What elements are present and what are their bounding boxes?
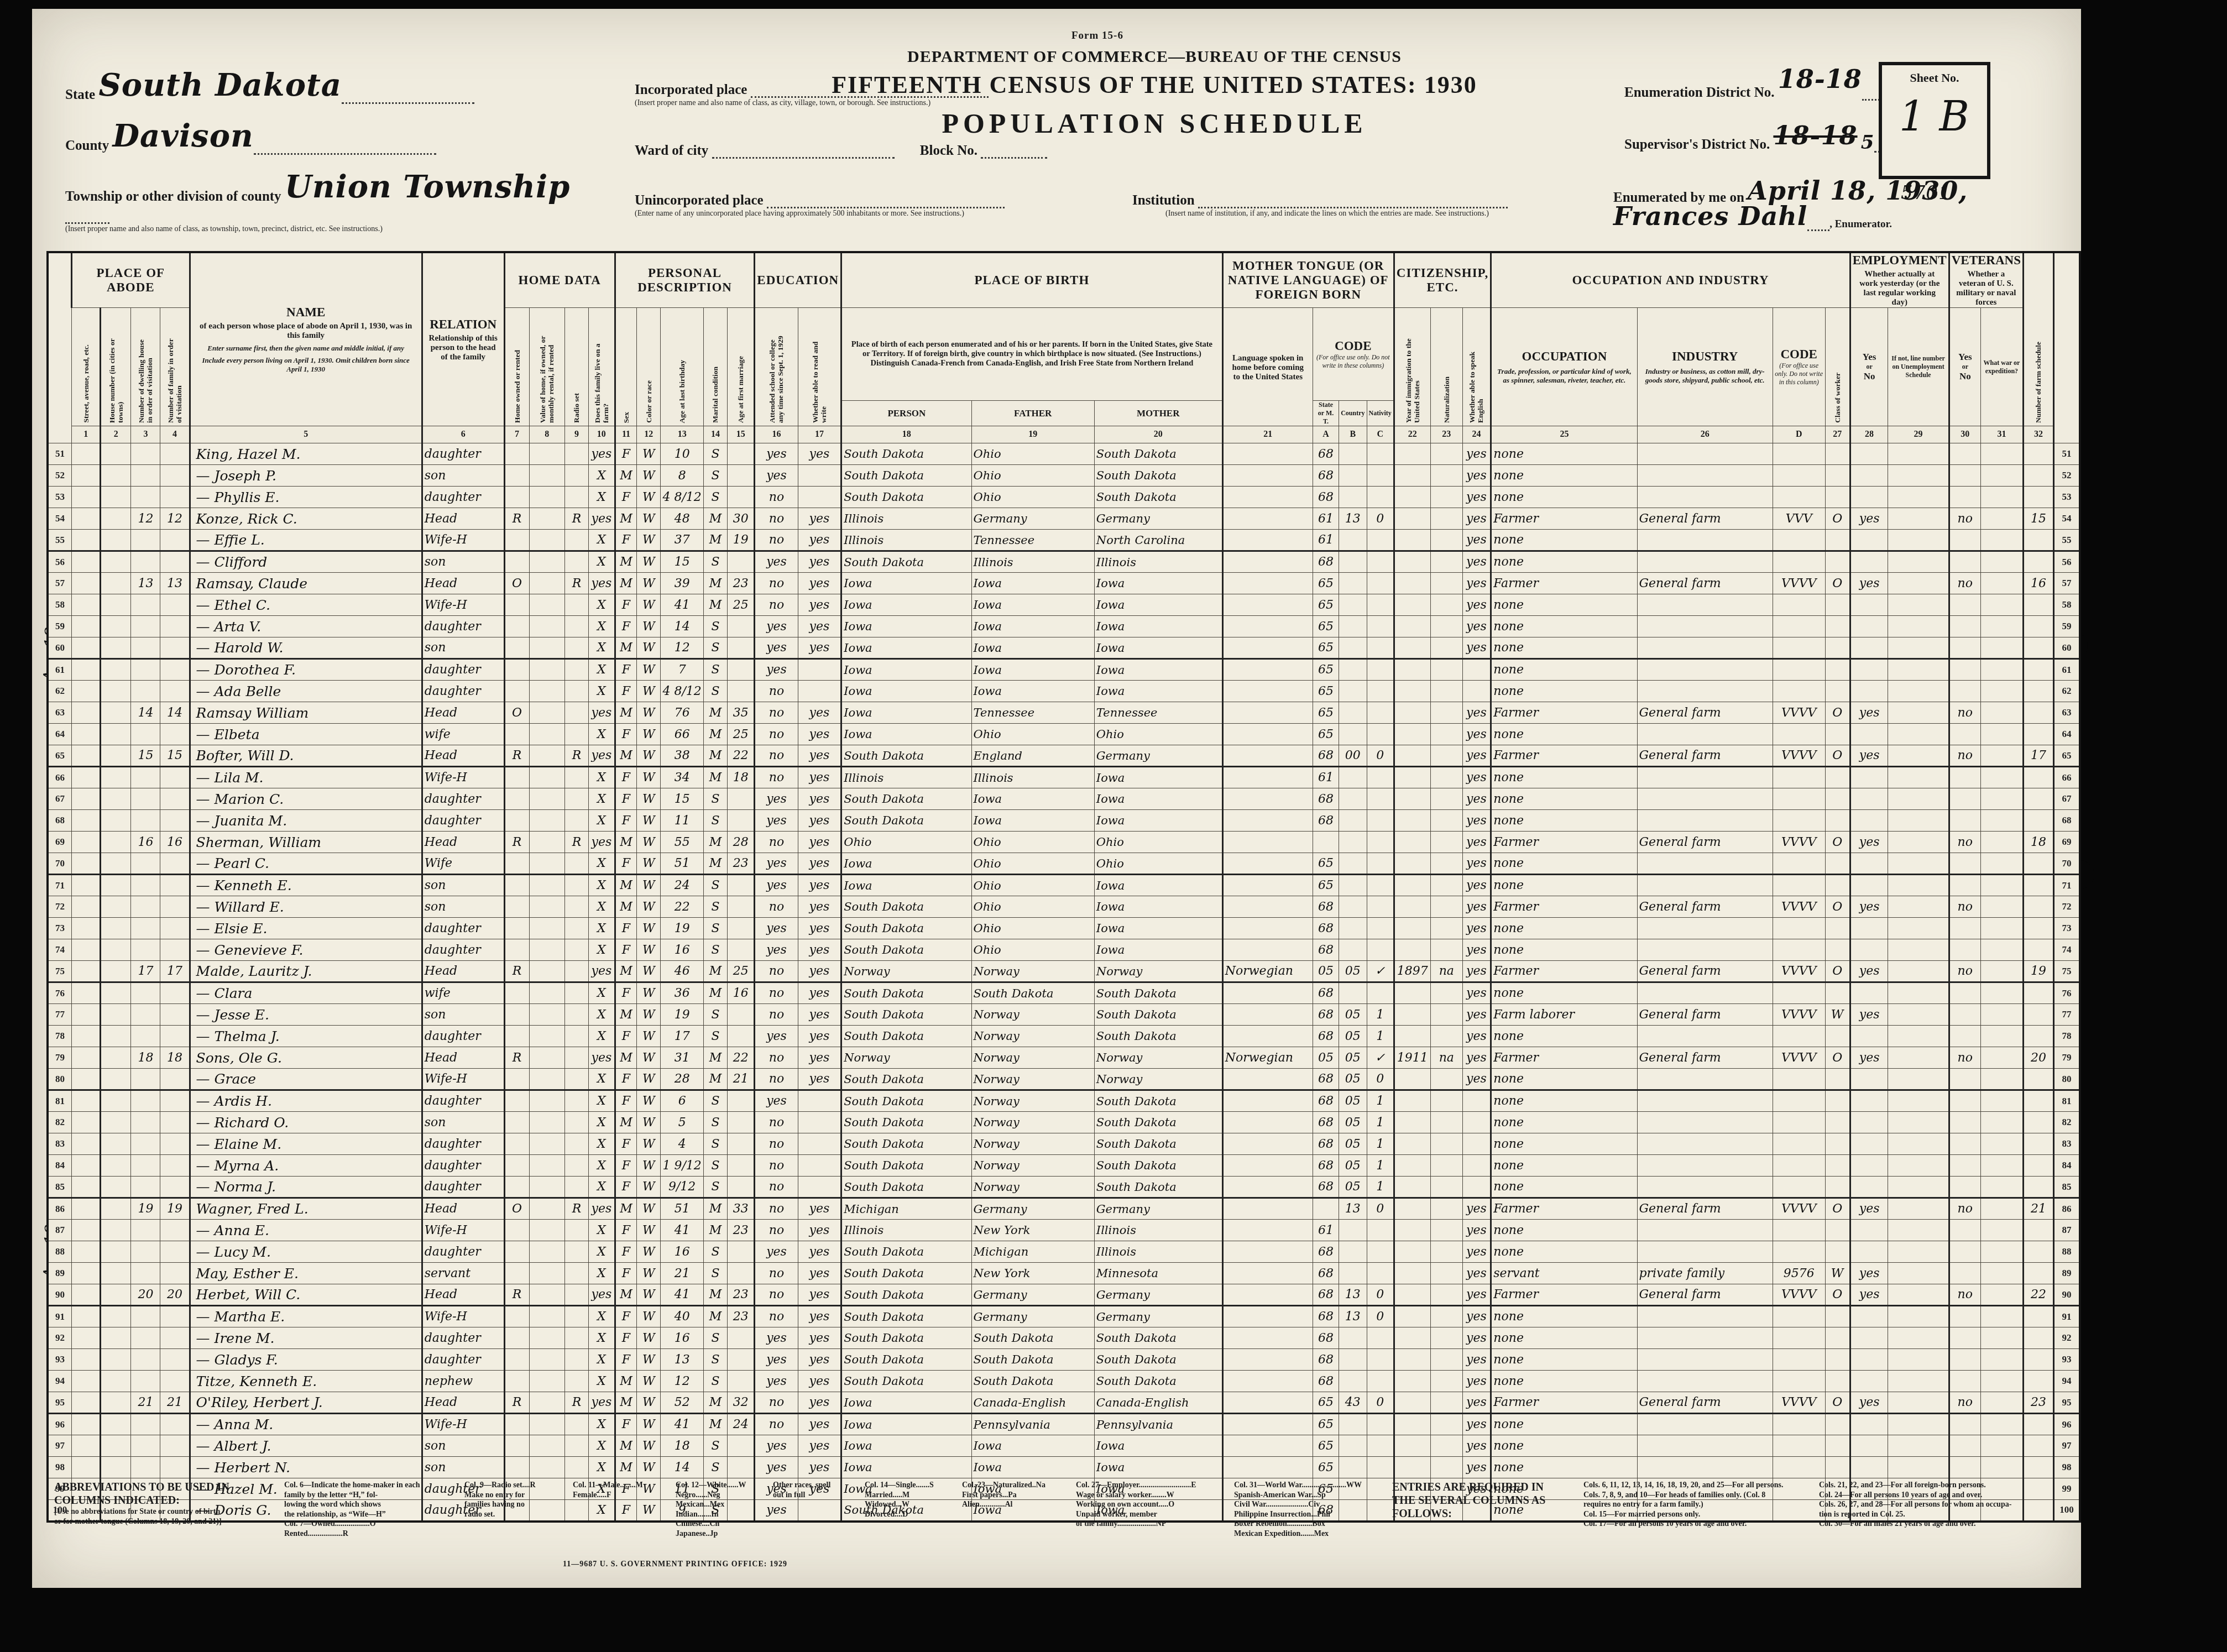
cell	[1222, 487, 1313, 508]
cell	[565, 1090, 589, 1112]
cell	[71, 465, 100, 487]
cell: Ramsay William	[190, 702, 422, 724]
cell	[1339, 616, 1367, 637]
cell: yes	[588, 702, 615, 724]
cell: M	[615, 745, 636, 767]
cell	[529, 1047, 564, 1069]
cell	[1825, 918, 1850, 939]
cell	[1773, 616, 1825, 637]
cell: 16	[728, 982, 755, 1004]
cell	[1825, 1090, 1850, 1112]
cell: Iowa	[841, 1457, 971, 1478]
cell: Head	[422, 1198, 504, 1220]
cell: son	[422, 1457, 504, 1478]
cell	[1850, 1177, 1888, 1198]
cell	[1980, 659, 2023, 681]
cell	[529, 1349, 564, 1371]
cell: yes	[1462, 1263, 1491, 1284]
cell: — Willard E.	[190, 896, 422, 918]
cell	[1430, 1371, 1462, 1392]
cell: South Dakota	[841, 443, 971, 465]
cell	[1637, 982, 1773, 1004]
cell	[529, 896, 564, 918]
cell	[1773, 594, 1825, 616]
cell: 65	[1313, 875, 1339, 896]
cell	[71, 1026, 100, 1047]
cell: Farmer	[1491, 832, 1637, 853]
cell	[798, 681, 841, 702]
cell: 58	[2053, 594, 2080, 616]
cell	[1773, 659, 1825, 681]
cell	[529, 745, 564, 767]
cell	[101, 1263, 131, 1284]
cell: no	[755, 1112, 798, 1133]
cell: — Martha E.	[190, 1306, 422, 1327]
cell: 0	[1367, 1284, 1394, 1306]
column-header	[2053, 252, 2080, 443]
cell	[1773, 1220, 1825, 1241]
column-header: VETERANSWhether a veteran of U. S. milit…	[1949, 252, 2023, 308]
cell	[728, 1133, 755, 1155]
cell: 68	[1313, 810, 1339, 832]
cell	[71, 702, 100, 724]
cell: South Dakota	[841, 745, 971, 767]
cell	[565, 637, 589, 659]
cell	[529, 465, 564, 487]
cell	[1980, 616, 2023, 637]
cell	[529, 1392, 564, 1414]
cell	[1367, 551, 1394, 573]
cell: New York	[971, 1220, 1094, 1241]
cell: 23	[728, 573, 755, 594]
cell: 05	[1339, 1069, 1367, 1090]
cell: X	[588, 1220, 615, 1241]
cell: Head	[422, 702, 504, 724]
cell	[565, 1112, 589, 1133]
cell	[71, 939, 100, 961]
cell	[2023, 875, 2053, 896]
cell	[728, 1371, 755, 1392]
cell	[1394, 832, 1430, 853]
cell	[160, 681, 190, 702]
column-header	[48, 252, 71, 443]
cell	[1949, 1220, 1980, 1241]
cell	[1949, 1241, 1980, 1263]
cell	[1773, 810, 1825, 832]
cell	[1222, 1414, 1313, 1435]
cell: yes	[1462, 1392, 1491, 1414]
cell	[1394, 1112, 1430, 1133]
cell: 70	[48, 853, 71, 875]
cell: M	[615, 1371, 636, 1392]
cell	[1888, 767, 1949, 788]
cell: yes	[1462, 832, 1491, 853]
cell	[1888, 1220, 1949, 1241]
cell	[1222, 853, 1313, 875]
cell	[1980, 1026, 2023, 1047]
cell: South Dakota	[841, 982, 971, 1004]
footer-line: Cols. 7, 8, 9, and 10—For heads of famil…	[1583, 1491, 1805, 1501]
cell	[71, 853, 100, 875]
cell: General farm	[1637, 1198, 1773, 1220]
cell: 65	[1313, 724, 1339, 745]
township-note: (Insert proper name and also name of cla…	[65, 225, 607, 234]
cell: Iowa	[841, 875, 971, 896]
cell	[71, 810, 100, 832]
cell: — Kenneth E.	[190, 875, 422, 896]
cell: no	[755, 982, 798, 1004]
cell: W	[637, 551, 661, 573]
cell: X	[588, 1004, 615, 1026]
cell	[131, 853, 160, 875]
cell: yes	[1462, 1327, 1491, 1349]
table-row: 571313Ramsay, ClaudeHeadORyesMW39M23noye…	[48, 573, 2080, 594]
cell	[101, 551, 131, 573]
cell: X	[588, 767, 615, 788]
cell: S	[703, 1112, 727, 1133]
cell	[1430, 443, 1462, 465]
cell: yes	[1462, 551, 1491, 573]
cell: 61	[48, 659, 71, 681]
footer-line: out in full	[773, 1491, 850, 1501]
cell	[565, 465, 589, 487]
cell	[504, 939, 529, 961]
cell	[728, 659, 755, 681]
cell: 20	[131, 1284, 160, 1306]
cell	[1980, 573, 2023, 594]
cell	[1313, 1198, 1339, 1220]
cell: yes	[588, 1284, 615, 1306]
cell: New York	[971, 1263, 1094, 1284]
cell: W	[637, 1414, 661, 1435]
cell	[1980, 681, 2023, 702]
cell	[131, 1435, 160, 1457]
cell	[101, 1047, 131, 1069]
cell	[160, 1241, 190, 1263]
cell	[2023, 1327, 2053, 1349]
footer-line: Working on own account.....O	[1076, 1500, 1220, 1510]
cell	[131, 616, 160, 637]
header-row: 123456789101112131415161718192021ABC2223…	[48, 426, 2080, 443]
cell	[1637, 1327, 1773, 1349]
cell	[504, 788, 529, 810]
cell	[1430, 832, 1462, 853]
cell: yes	[798, 573, 841, 594]
cell	[1825, 853, 1850, 875]
cell	[728, 1112, 755, 1133]
footer-line: Col. 7—Owned..................O	[284, 1519, 450, 1529]
cell: Germany	[1094, 1306, 1222, 1327]
cell: 1	[1367, 1112, 1394, 1133]
cell: 5	[661, 1112, 703, 1133]
cell: South Dakota	[841, 1327, 971, 1349]
cell	[1825, 1306, 1850, 1327]
cell	[1394, 918, 1430, 939]
cell: M	[703, 724, 727, 745]
cell	[1222, 681, 1313, 702]
cell: Illinois	[1094, 1241, 1222, 1263]
cell	[131, 443, 160, 465]
cell	[1888, 1026, 1949, 1047]
cell: 4	[661, 1133, 703, 1155]
cell: W	[637, 939, 661, 961]
footer-line: of the family....................NP	[1076, 1519, 1220, 1529]
cell	[1949, 1327, 1980, 1349]
cell: Ohio	[971, 896, 1094, 918]
cell: yes	[798, 1327, 841, 1349]
cell: X	[588, 875, 615, 896]
cell	[1850, 530, 1888, 551]
cell	[71, 1220, 100, 1241]
cell: 38	[661, 745, 703, 767]
cell: yes	[1462, 637, 1491, 659]
cell: none	[1491, 1349, 1637, 1371]
cell: Tennessee	[1094, 702, 1222, 724]
cell: South Dakota	[1094, 1349, 1222, 1371]
cell	[1888, 1306, 1949, 1327]
cell: wife	[422, 724, 504, 745]
cell	[101, 530, 131, 551]
cell	[798, 465, 841, 487]
cell	[71, 443, 100, 465]
cell: yes	[1850, 1263, 1888, 1284]
incorporated-field: Incorporated place (Insert proper name a…	[635, 80, 1088, 108]
cell: Norway	[971, 1047, 1094, 1069]
cell	[1949, 1306, 1980, 1327]
cell	[1949, 1155, 1980, 1177]
cell: Norway	[1094, 1069, 1222, 1090]
cell: F	[615, 1327, 636, 1349]
cell	[1825, 551, 1850, 573]
cell: Ohio	[971, 487, 1094, 508]
cell	[529, 875, 564, 896]
cell: Germany	[971, 1198, 1094, 1220]
column-header: NAMEof each person whose place of abode …	[190, 252, 422, 426]
cell	[1773, 681, 1825, 702]
cell	[131, 1457, 160, 1478]
cell	[101, 1155, 131, 1177]
cell	[131, 1090, 160, 1112]
cell	[1850, 767, 1888, 788]
cell: X	[588, 637, 615, 659]
cell: no	[755, 702, 798, 724]
cell	[1430, 810, 1462, 832]
cell: Iowa	[971, 1457, 1094, 1478]
cell: son	[422, 1435, 504, 1457]
cell	[1949, 918, 1980, 939]
cell: daughter	[422, 1090, 504, 1112]
cell	[1637, 487, 1773, 508]
cell	[1773, 443, 1825, 465]
cell: 18	[661, 1435, 703, 1457]
cell: VVVV	[1773, 702, 1825, 724]
cell	[71, 551, 100, 573]
cell: 51	[661, 853, 703, 875]
cell: 65	[1313, 1457, 1339, 1478]
cell	[101, 896, 131, 918]
cell: daughter	[422, 918, 504, 939]
cell	[160, 767, 190, 788]
cell	[1222, 659, 1313, 681]
cell: yes	[1850, 832, 1888, 853]
cell	[131, 681, 160, 702]
cell: 0	[1367, 745, 1394, 767]
cell	[1850, 1414, 1888, 1435]
cell	[1850, 1155, 1888, 1177]
cell	[160, 896, 190, 918]
cell	[1825, 875, 1850, 896]
column-header: 6	[422, 426, 504, 443]
cell	[160, 487, 190, 508]
institution-label: Institution	[1132, 193, 1195, 208]
cell: Pennsylvania	[971, 1414, 1094, 1435]
cell: R	[565, 832, 589, 853]
cell	[565, 853, 589, 875]
cell: 68	[1313, 1004, 1339, 1026]
cell	[160, 1220, 190, 1241]
cell	[1773, 637, 1825, 659]
cell	[728, 1327, 755, 1349]
column-header: 15	[728, 426, 755, 443]
cell	[1430, 551, 1462, 573]
cell: 68	[1313, 1177, 1339, 1198]
column-header: 16	[755, 426, 798, 443]
cell: W	[637, 982, 661, 1004]
cell	[1430, 745, 1462, 767]
column-header: 18	[841, 426, 971, 443]
footer-line: Wage or salary worker........W	[1076, 1491, 1220, 1501]
cell	[71, 1112, 100, 1133]
cell: X	[588, 724, 615, 745]
cell	[1367, 616, 1394, 637]
cell	[1888, 1112, 1949, 1133]
cell: X	[588, 1090, 615, 1112]
cell: — Richard O.	[190, 1112, 422, 1133]
cell: X	[588, 810, 615, 832]
cell: M	[703, 832, 727, 853]
cell	[101, 853, 131, 875]
cell: 25	[728, 961, 755, 982]
cell: F	[615, 853, 636, 875]
cell: X	[588, 465, 615, 487]
cell	[101, 875, 131, 896]
cell: South Dakota	[1094, 465, 1222, 487]
cell	[101, 508, 131, 530]
cell: Ohio	[1094, 832, 1222, 853]
cell: 15	[2023, 508, 2053, 530]
cell: 1 9/12	[661, 1155, 703, 1177]
cell: 63	[2053, 702, 2080, 724]
cell	[1367, 724, 1394, 745]
cell: F	[615, 1349, 636, 1371]
cell: 65	[1313, 1435, 1339, 1457]
cell: 6	[661, 1090, 703, 1112]
cell	[1430, 1457, 1462, 1478]
cell	[1222, 832, 1313, 853]
cell: 21	[661, 1263, 703, 1284]
cell: F	[615, 594, 636, 616]
cell: yes	[755, 1327, 798, 1349]
cell: 18	[160, 1047, 190, 1069]
cell: 13	[1339, 1284, 1367, 1306]
cell	[1394, 1263, 1430, 1284]
cell: Norway	[971, 1177, 1094, 1198]
cell	[1888, 918, 1949, 939]
cell	[1339, 594, 1367, 616]
cell: no	[755, 1306, 798, 1327]
cell: Iowa	[841, 616, 971, 637]
cell	[1367, 1263, 1394, 1284]
cell	[1888, 1241, 1949, 1263]
cell	[1222, 702, 1313, 724]
cell: 63	[48, 702, 71, 724]
cell	[565, 724, 589, 745]
cell: South Dakota	[841, 1004, 971, 1026]
cell	[504, 616, 529, 637]
cell	[728, 939, 755, 961]
cell	[1394, 1306, 1430, 1327]
cell	[1430, 1133, 1462, 1155]
cell	[1637, 1177, 1773, 1198]
cell: 05	[1339, 1047, 1367, 1069]
cell	[1367, 465, 1394, 487]
cell: 1	[1367, 1090, 1394, 1112]
cell	[1850, 1112, 1888, 1133]
cell: General farm	[1637, 702, 1773, 724]
cell: 16	[131, 832, 160, 853]
column-header: Number of farm schedule	[2023, 252, 2053, 426]
cell: — Ada Belle	[190, 681, 422, 702]
cell	[131, 1241, 160, 1263]
cell	[101, 1284, 131, 1306]
cell: General farm	[1637, 508, 1773, 530]
cell	[160, 724, 190, 745]
cell: O	[1825, 702, 1850, 724]
cell: W	[637, 465, 661, 487]
cell	[101, 961, 131, 982]
cell	[1462, 1177, 1491, 1198]
cell: 68	[1313, 1263, 1339, 1284]
column-header: 17	[798, 426, 841, 443]
cell	[504, 530, 529, 551]
cell: none	[1491, 1155, 1637, 1177]
cell	[71, 487, 100, 508]
cell	[1949, 1090, 1980, 1112]
cell	[504, 594, 529, 616]
cell	[529, 487, 564, 508]
cell	[160, 853, 190, 875]
cell: M	[703, 594, 727, 616]
cell: none	[1491, 1090, 1637, 1112]
cell: Ohio	[971, 918, 1094, 939]
cell: X	[588, 1414, 615, 1435]
cell: 69	[2053, 832, 2080, 853]
cell: R	[504, 1392, 529, 1414]
cell: 53	[48, 487, 71, 508]
cell: 32	[728, 1392, 755, 1414]
table-row: 76— ClarawifeXFW36M16noyesSouth DakotaSo…	[48, 982, 2080, 1004]
cell: W	[637, 1306, 661, 1327]
cell: Iowa	[841, 659, 971, 681]
cell: Michigan	[841, 1198, 971, 1220]
cell	[1850, 918, 1888, 939]
cell: 73	[2053, 918, 2080, 939]
cell	[1394, 637, 1430, 659]
cell: VVVV	[1773, 832, 1825, 853]
table-row: 70— Pearl C.WifeXFW51M23yesyesIowaOhioOh…	[48, 853, 2080, 875]
cell: Farmer	[1491, 961, 1637, 982]
cell	[1980, 745, 2023, 767]
